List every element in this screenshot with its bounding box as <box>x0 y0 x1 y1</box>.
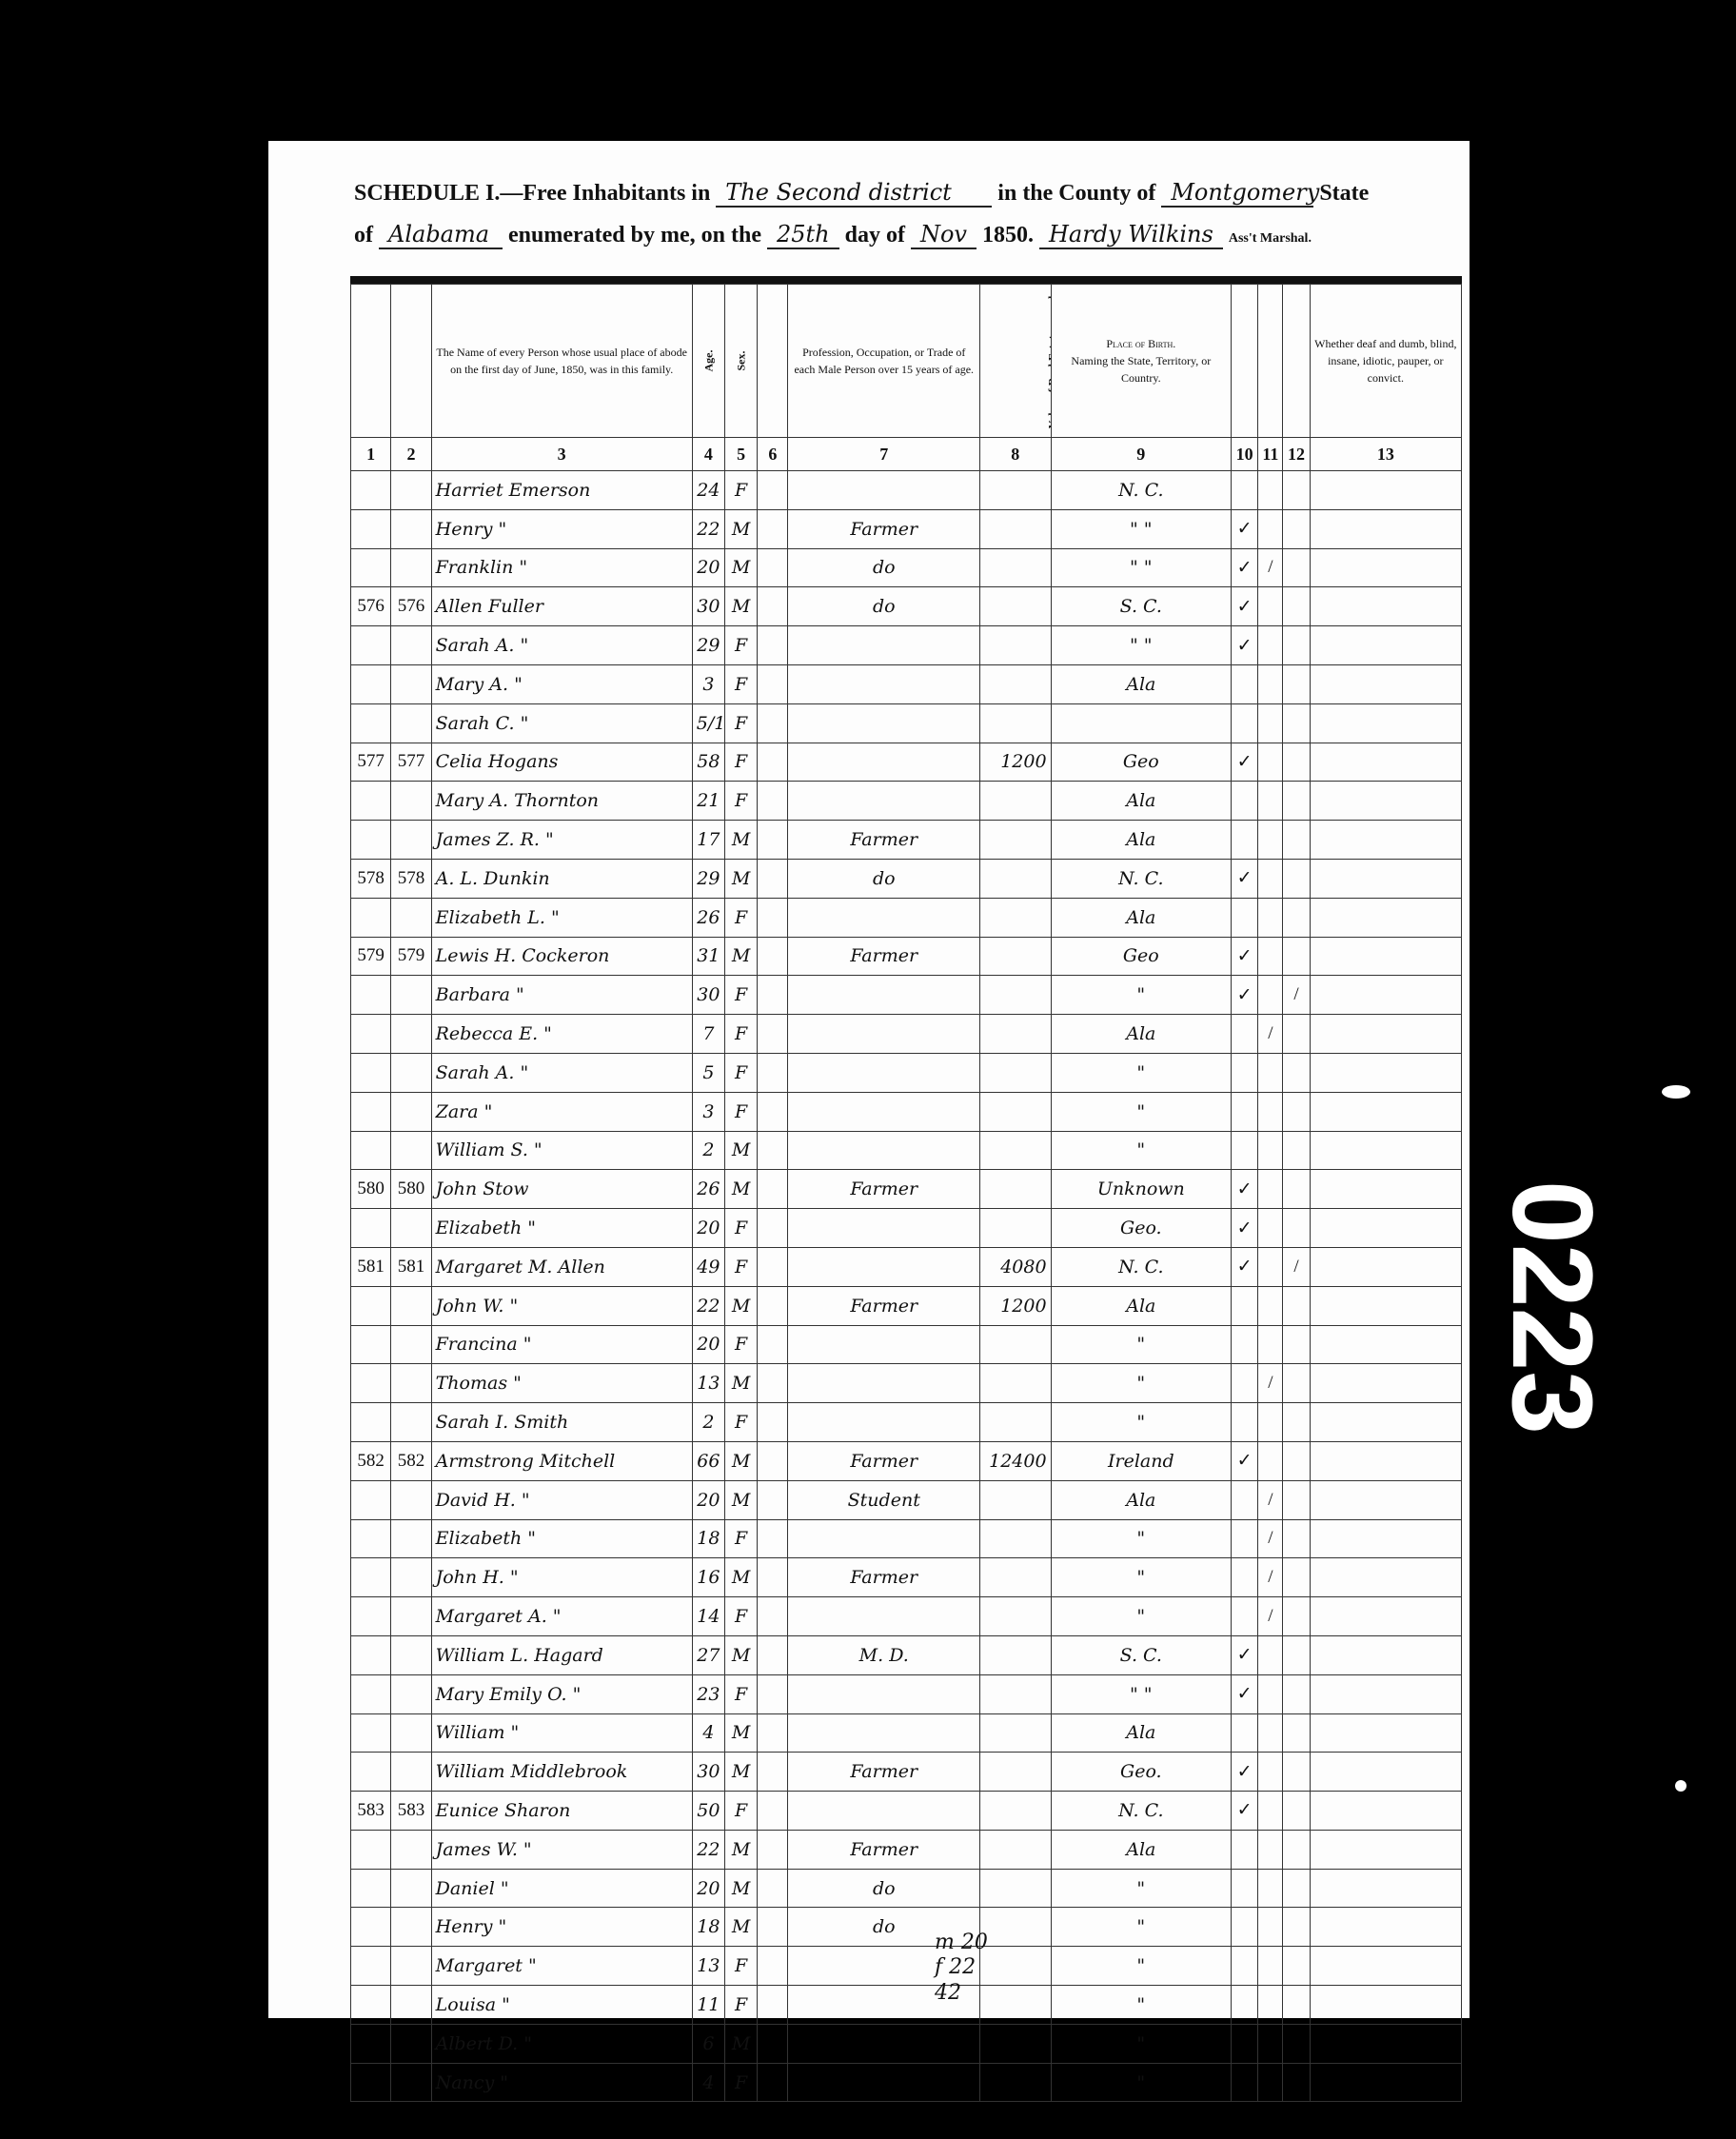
cell-cannot-read <box>1283 1674 1310 1713</box>
table-row: 576576Allen Fuller30MdoS. C.✓ <box>351 587 1462 626</box>
table-row: Mary A. "3FAla <box>351 664 1462 703</box>
col-condition-header: Whether deaf and dumb, blind, insane, id… <box>1310 285 1461 438</box>
cell-sex: M <box>724 509 757 548</box>
cell-empty <box>1310 626 1461 665</box>
table-row: 578578A. L. Dunkin29MdoN. C.✓ <box>351 859 1462 898</box>
cell-family <box>391 1713 431 1753</box>
cell-empty <box>1310 1519 1461 1558</box>
cell-value <box>980 1209 1052 1248</box>
col-num: 5 <box>724 438 757 471</box>
census-page: SCHEDULE I.—Free Inhabitants in The Seco… <box>268 141 1470 2018</box>
cell-occupation: Farmer <box>788 1753 980 1792</box>
cell-school <box>1258 664 1283 703</box>
cell-dwelling <box>351 1869 391 1908</box>
cell-school: / <box>1258 1480 1283 1519</box>
cell-family: 576 <box>391 587 431 626</box>
cell-name: A. L. Dunkin <box>431 859 692 898</box>
cell-name: Allen Fuller <box>431 587 692 626</box>
cell-married <box>1232 1480 1258 1519</box>
cell-family <box>391 1325 431 1364</box>
table-row: 577577Celia Hogans58F1200Geo✓ <box>351 743 1462 782</box>
cell-school: / <box>1258 1015 1283 1054</box>
cell-occupation <box>788 898 980 937</box>
cell-married: ✓ <box>1232 1753 1258 1792</box>
table-row: Francina "20F" <box>351 1325 1462 1364</box>
cell-married: ✓ <box>1232 743 1258 782</box>
cell-occupation <box>788 976 980 1015</box>
cell-married: ✓ <box>1232 548 1258 587</box>
cell-married: ✓ <box>1232 1209 1258 1248</box>
cell-dwelling <box>351 898 391 937</box>
cell-name: Mary A. " <box>431 664 692 703</box>
cell-dwelling <box>351 2024 391 2063</box>
cell-family: 581 <box>391 1247 431 1286</box>
cell-value <box>980 2063 1052 2102</box>
cell-family <box>391 1830 431 1869</box>
district-value: The Second district <box>716 179 992 208</box>
cell-family <box>391 703 431 743</box>
col-4-label: Age. <box>700 350 717 372</box>
cell-occupation <box>788 2063 980 2102</box>
col-num: 6 <box>758 438 788 471</box>
cell-age: 20 <box>692 548 724 587</box>
cell-age: 30 <box>692 976 724 1015</box>
cell-dwelling <box>351 821 391 860</box>
cell-occupation <box>788 1674 980 1713</box>
col-name-header: The Name of every Person whose usual pla… <box>431 285 692 438</box>
table-row: Henry "18Mdo" <box>351 1908 1462 1947</box>
cell-name: Francina " <box>431 1325 692 1364</box>
cell-cannot-read: / <box>1283 1247 1310 1286</box>
cell-age: 7 <box>692 1015 724 1054</box>
cell-school <box>1258 703 1283 743</box>
cell-school: / <box>1258 1519 1283 1558</box>
cell-value <box>980 1364 1052 1403</box>
cell-dwelling <box>351 703 391 743</box>
cell-name: Eunice Sharon <box>431 1792 692 1831</box>
cell-married <box>1232 703 1258 743</box>
col-num: 12 <box>1283 438 1310 471</box>
cell-occupation <box>788 2024 980 2063</box>
cell-occupation: Farmer <box>788 1441 980 1480</box>
cell-age: 2 <box>692 1403 724 1442</box>
cell-occupation <box>788 1325 980 1364</box>
cell-name: John Stow <box>431 1170 692 1209</box>
cell-birthplace: Geo. <box>1051 1753 1231 1792</box>
cell-empty <box>758 1092 788 1131</box>
cell-family <box>391 1753 431 1792</box>
col-num: 11 <box>1258 438 1283 471</box>
cell-empty <box>1310 1947 1461 1986</box>
month-value: Nov <box>911 221 976 249</box>
cell-occupation <box>788 743 980 782</box>
cell-empty <box>758 1170 788 1209</box>
cell-empty <box>1310 1792 1461 1831</box>
cell-school <box>1258 1325 1283 1364</box>
cell-value <box>980 1830 1052 1869</box>
cell-family <box>391 898 431 937</box>
table-row: Margaret A. "14F"/ <box>351 1597 1462 1636</box>
cell-school <box>1258 1674 1283 1713</box>
cell-sex: M <box>724 1131 757 1170</box>
cell-cannot-read <box>1283 1597 1310 1636</box>
table-row: Mary Emily O. "23F" "✓ <box>351 1674 1462 1713</box>
cell-occupation <box>788 1053 980 1092</box>
cell-empty <box>758 471 788 510</box>
cell-empty <box>758 1947 788 1986</box>
cell-age: 22 <box>692 1830 724 1869</box>
cell-value <box>980 1947 1052 1986</box>
cell-empty <box>758 1053 788 1092</box>
cell-family <box>391 1209 431 1248</box>
cell-age: 18 <box>692 1908 724 1947</box>
cell-empty <box>758 1131 788 1170</box>
cell-birthplace: Geo <box>1051 743 1231 782</box>
cell-dwelling <box>351 1753 391 1792</box>
cell-school <box>1258 1170 1283 1209</box>
cell-name: Albert D. " <box>431 2024 692 2063</box>
cell-sex: F <box>724 1092 757 1131</box>
cell-school <box>1258 2063 1283 2102</box>
cell-name: Sarah A. " <box>431 626 692 665</box>
cell-dwelling: 582 <box>351 1441 391 1480</box>
cell-married: ✓ <box>1232 587 1258 626</box>
cell-empty <box>758 1209 788 1248</box>
cell-cannot-read <box>1283 821 1310 860</box>
cell-name: Zara " <box>431 1092 692 1131</box>
cell-empty <box>1310 1131 1461 1170</box>
cell-dwelling: 579 <box>351 937 391 976</box>
cell-dwelling: 583 <box>351 1792 391 1831</box>
cell-empty <box>758 1364 788 1403</box>
cell-family <box>391 1403 431 1442</box>
column-headers: Dwelling-houses numbered in the order of… <box>351 285 1462 438</box>
cell-value: 1200 <box>980 1286 1052 1325</box>
cell-family <box>391 509 431 548</box>
cell-cannot-read <box>1283 1325 1310 1364</box>
cell-occupation <box>788 1092 980 1131</box>
cell-birthplace: " <box>1051 1986 1231 2025</box>
cell-family <box>391 1635 431 1674</box>
cell-value: 1200 <box>980 743 1052 782</box>
cell-cannot-read <box>1283 1792 1310 1831</box>
cell-family <box>391 1053 431 1092</box>
cell-value <box>980 1635 1052 1674</box>
cell-value <box>980 1558 1052 1597</box>
cell-occupation <box>788 1015 980 1054</box>
cell-sex: F <box>724 1986 757 2025</box>
cell-married: ✓ <box>1232 859 1258 898</box>
cell-occupation <box>788 703 980 743</box>
cell-sex: M <box>724 1869 757 1908</box>
cell-school <box>1258 821 1283 860</box>
cell-sex: M <box>724 1286 757 1325</box>
cell-married <box>1232 1015 1258 1054</box>
cell-married: ✓ <box>1232 1635 1258 1674</box>
cell-cannot-read: / <box>1283 976 1310 1015</box>
cell-empty <box>758 782 788 821</box>
cell-cannot-read <box>1283 1170 1310 1209</box>
cell-dwelling <box>351 1908 391 1947</box>
cell-empty <box>1310 1247 1461 1286</box>
cell-birthplace: " " <box>1051 548 1231 587</box>
table-row: James Z. R. "17MFarmerAla <box>351 821 1462 860</box>
cell-cannot-read <box>1283 1209 1310 1248</box>
cell-birthplace: " " <box>1051 626 1231 665</box>
cell-age: 50 <box>692 1792 724 1831</box>
cell-occupation: Farmer <box>788 509 980 548</box>
cell-dwelling: 580 <box>351 1170 391 1209</box>
cell-married: ✓ <box>1232 509 1258 548</box>
cell-sex: M <box>724 821 757 860</box>
cell-cannot-read <box>1283 1830 1310 1869</box>
cell-occupation <box>788 1247 980 1286</box>
cell-family <box>391 782 431 821</box>
cell-dwelling <box>351 976 391 1015</box>
cell-cannot-read <box>1283 1053 1310 1092</box>
schedule-label: SCHEDULE I.—Free Inhabitants in <box>354 181 710 206</box>
cell-school: / <box>1258 1597 1283 1636</box>
cell-dwelling <box>351 1713 391 1753</box>
cell-sex: F <box>724 743 757 782</box>
day-of-label: day of <box>845 223 905 248</box>
footer-tally: m 20 f 22 42 <box>935 1931 988 2006</box>
col-num: 9 <box>1051 438 1231 471</box>
cell-empty <box>758 1480 788 1519</box>
cell-cannot-read <box>1283 1869 1310 1908</box>
cell-school <box>1258 898 1283 937</box>
cell-age: 26 <box>692 898 724 937</box>
cell-empty <box>758 1325 788 1364</box>
cell-name: Barbara " <box>431 976 692 1015</box>
cell-birthplace: " <box>1051 1053 1231 1092</box>
cell-sex: M <box>724 1441 757 1480</box>
cell-school <box>1258 1131 1283 1170</box>
cell-birthplace: Ala <box>1051 1480 1231 1519</box>
cell-age: 23 <box>692 1674 724 1713</box>
cell-empty <box>758 1597 788 1636</box>
cell-family <box>391 821 431 860</box>
cell-age: 22 <box>692 1286 724 1325</box>
cell-married <box>1232 1986 1258 2025</box>
cell-name: Nancy " <box>431 2063 692 2102</box>
cell-cannot-read <box>1283 471 1310 510</box>
table-row: Sarah C. "5/12F <box>351 703 1462 743</box>
cell-cannot-read <box>1283 782 1310 821</box>
cell-occupation <box>788 1364 980 1403</box>
cell-occupation <box>788 626 980 665</box>
cell-empty <box>1310 1286 1461 1325</box>
cell-empty <box>1310 1986 1461 2025</box>
cell-married <box>1232 1713 1258 1753</box>
cell-school <box>1258 1247 1283 1286</box>
cell-sex: F <box>724 976 757 1015</box>
cell-occupation <box>788 782 980 821</box>
cell-birthplace: Ala <box>1051 1286 1231 1325</box>
cell-dwelling: 578 <box>351 859 391 898</box>
cell-birthplace: Ireland <box>1051 1441 1231 1480</box>
cell-family <box>391 1364 431 1403</box>
cell-dwelling <box>351 1092 391 1131</box>
table-row: John H. "16MFarmer"/ <box>351 1558 1462 1597</box>
cell-birthplace: Ala <box>1051 1830 1231 1869</box>
cell-sex: F <box>724 626 757 665</box>
cell-family <box>391 1986 431 2025</box>
cell-value <box>980 821 1052 860</box>
table-row: James W. "22MFarmerAla <box>351 1830 1462 1869</box>
col-value-header: Value of Real Estate owned. <box>980 285 1052 438</box>
cell-occupation: do <box>788 587 980 626</box>
cell-value <box>980 548 1052 587</box>
cell-empty <box>1310 743 1461 782</box>
cell-occupation: Student <box>788 1480 980 1519</box>
col-family-header: Families numbered in the order of visita… <box>391 285 431 438</box>
col-color-header: Color, { White, black, or mulatto. <box>758 285 788 438</box>
cell-family <box>391 548 431 587</box>
cell-family <box>391 976 431 1015</box>
table-row: Sarah I. Smith2F" <box>351 1403 1462 1442</box>
cell-empty <box>758 1441 788 1480</box>
cell-age: 17 <box>692 821 724 860</box>
cell-age: 13 <box>692 1947 724 1986</box>
cell-married: ✓ <box>1232 976 1258 1015</box>
table-row: Albert D. "6M" <box>351 2024 1462 2063</box>
cell-birthplace: Ala <box>1051 782 1231 821</box>
cell-empty <box>1310 1753 1461 1792</box>
cell-occupation <box>788 1131 980 1170</box>
cell-dwelling <box>351 1519 391 1558</box>
census-table: Dwelling-houses numbered in the order of… <box>350 284 1462 2102</box>
cell-age: 3 <box>692 664 724 703</box>
cell-empty <box>1310 471 1461 510</box>
cell-birthplace: S. C. <box>1051 1635 1231 1674</box>
tally-female: f 22 <box>935 1955 988 1980</box>
header-rule <box>350 276 1462 284</box>
cell-dwelling <box>351 626 391 665</box>
cell-name: Thomas " <box>431 1364 692 1403</box>
cell-school <box>1258 1830 1283 1869</box>
cell-name: William S. " <box>431 1131 692 1170</box>
table-row: 581581Margaret M. Allen49F4080N. C.✓/ <box>351 1247 1462 1286</box>
cell-school <box>1258 626 1283 665</box>
cell-occupation: do <box>788 1869 980 1908</box>
cell-sex: M <box>724 1635 757 1674</box>
cell-empty <box>758 898 788 937</box>
cell-birthplace: " <box>1051 1325 1231 1364</box>
cell-name: James W. " <box>431 1830 692 1869</box>
cell-family <box>391 1869 431 1908</box>
cell-age: 21 <box>692 782 724 821</box>
table-row: Elizabeth L. "26FAla <box>351 898 1462 937</box>
cell-married <box>1232 1558 1258 1597</box>
cell-school: / <box>1258 1558 1283 1597</box>
cell-empty <box>758 1753 788 1792</box>
table-row: Daniel "20Mdo" <box>351 1869 1462 1908</box>
cell-cannot-read <box>1283 1947 1310 1986</box>
frame-stamp: 0223 <box>1487 1180 1618 1435</box>
table-row: Elizabeth "18F"/ <box>351 1519 1462 1558</box>
day-value: 25th <box>767 221 839 249</box>
cell-name: Elizabeth " <box>431 1209 692 1248</box>
cell-name: Rebecca E. " <box>431 1015 692 1054</box>
cell-school <box>1258 1947 1283 1986</box>
cell-value <box>980 1869 1052 1908</box>
cell-dwelling <box>351 1674 391 1713</box>
table-row: Zara "3F" <box>351 1092 1462 1131</box>
cell-cannot-read <box>1283 1635 1310 1674</box>
cell-birthplace: Ala <box>1051 1015 1231 1054</box>
cell-birthplace <box>1051 703 1231 743</box>
cell-sex: M <box>724 1480 757 1519</box>
cell-name: John H. " <box>431 1558 692 1597</box>
cell-cannot-read <box>1283 937 1310 976</box>
cell-family: 579 <box>391 937 431 976</box>
col-read-header: Persons over 20 y'rs of age who cannot r… <box>1283 285 1310 438</box>
table-row: 580580John Stow26MFarmerUnknown✓ <box>351 1170 1462 1209</box>
cell-dwelling <box>351 1286 391 1325</box>
cell-empty <box>758 2063 788 2102</box>
cell-school: / <box>1258 548 1283 587</box>
cell-value <box>980 1015 1052 1054</box>
col-8-label: Value of Real Estate owned. <box>1043 293 1051 429</box>
cell-value <box>980 1403 1052 1442</box>
cell-empty <box>1310 1441 1461 1480</box>
table-row: Barbara "30F"✓/ <box>351 976 1462 1015</box>
cell-sex: F <box>724 782 757 821</box>
cell-empty <box>1310 1558 1461 1597</box>
cell-age: 18 <box>692 1519 724 1558</box>
cell-birthplace: S. C. <box>1051 587 1231 626</box>
tally-male: m 20 <box>935 1931 988 1955</box>
cell-empty <box>1310 898 1461 937</box>
cell-age: 11 <box>692 1986 724 2025</box>
cell-married <box>1232 2063 1258 2102</box>
cell-married: ✓ <box>1232 1441 1258 1480</box>
cell-occupation: do <box>788 859 980 898</box>
cell-sex: F <box>724 1325 757 1364</box>
cell-family <box>391 1597 431 1636</box>
cell-name: Lewis H. Cockeron <box>431 937 692 976</box>
cell-occupation <box>788 1403 980 1442</box>
cell-value <box>980 1674 1052 1713</box>
cell-empty <box>758 1286 788 1325</box>
cell-value <box>980 587 1052 626</box>
cell-sex: F <box>724 898 757 937</box>
header-line-1: SCHEDULE I.—Free Inhabitants in The Seco… <box>354 179 1369 208</box>
cell-occupation <box>788 664 980 703</box>
cell-sex: F <box>724 1247 757 1286</box>
table-row: William S. "2M" <box>351 1131 1462 1170</box>
cell-birthplace: " <box>1051 1131 1231 1170</box>
cell-birthplace: " <box>1051 1403 1231 1442</box>
cell-occupation: Farmer <box>788 1830 980 1869</box>
cell-family <box>391 626 431 665</box>
cell-occupation <box>788 1209 980 1248</box>
cell-school <box>1258 1635 1283 1674</box>
cell-family <box>391 2063 431 2102</box>
cell-value <box>980 1986 1052 2025</box>
cell-family: 580 <box>391 1170 431 1209</box>
cell-married <box>1232 782 1258 821</box>
cell-cannot-read <box>1283 1403 1310 1442</box>
cell-empty <box>1310 821 1461 860</box>
cell-cannot-read <box>1283 1015 1310 1054</box>
cell-birthplace: N. C. <box>1051 471 1231 510</box>
cell-family: 583 <box>391 1792 431 1831</box>
table-row: Sarah A. "5F" <box>351 1053 1462 1092</box>
cell-family <box>391 1092 431 1131</box>
column-numbers: 1 2 3 4 5 6 7 8 9 10 11 12 13 <box>351 438 1462 471</box>
